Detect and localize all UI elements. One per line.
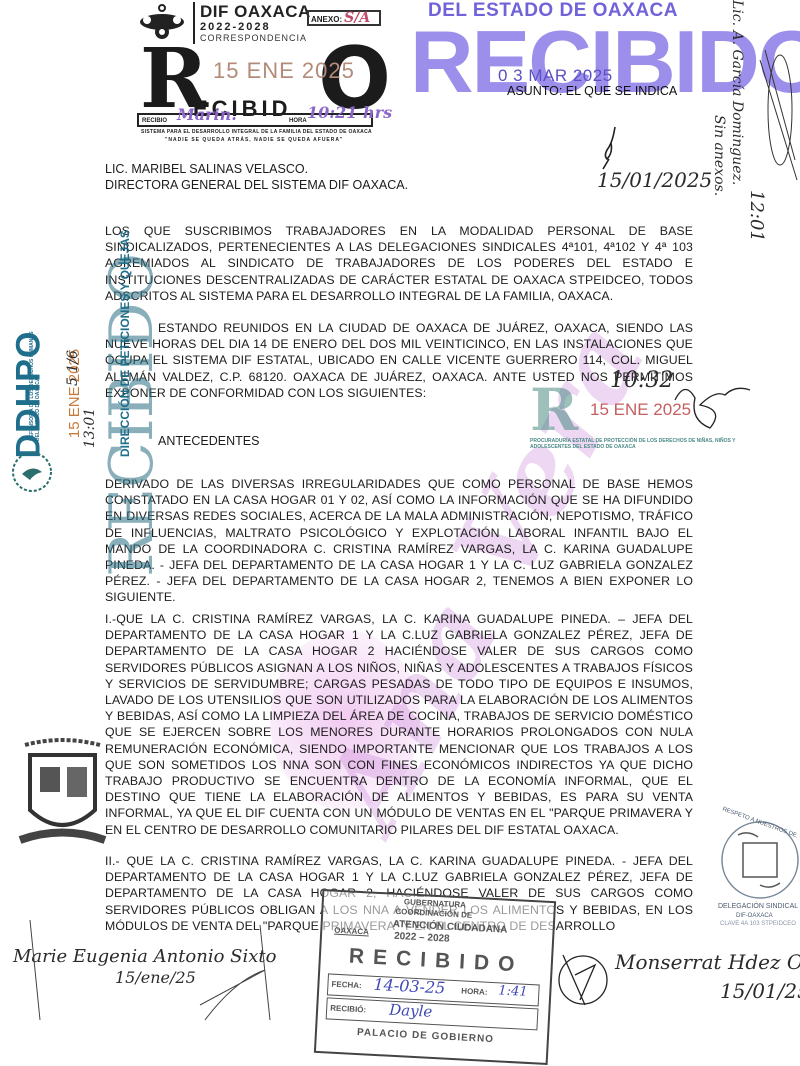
ddhpo-stamp: DDHPO DEFENSORÍA DE LOS DERECHOS HUMANOS… [0,300,120,500]
dif-footer: SISTEMA PARA EL DESARROLLO INTEGRAL DE L… [141,129,372,135]
anexo-box: ANEXO:S/A [307,10,381,26]
dif-correspondence-stamp: DIF OAXACA 2022-2028 CORRESPONDENCIA ANE… [135,0,375,145]
coat-of-arms-icon [15,735,110,855]
ddhpo-note: 5 1/6 [65,350,81,386]
initials-signature-icon [595,125,625,170]
intro-paragraph: LOS QUE SUSCRIBIMOS TRABAJADORES EN LA M… [105,223,693,304]
procuraduria-letter: R [530,376,578,444]
margin-note-time: 12:01 [746,190,767,242]
right-signature-loop-icon [555,945,615,1015]
ddhpo-time: 13:01 [82,408,98,448]
margin-note-line1: Lic. A. García Dominguez. [729,0,745,185]
gob-time-value: 1:41 [498,983,528,1000]
gubernatura-stamp: GUBERNATURA COORDINACIÓN DE ATENCIÓN CIU… [314,889,556,1065]
dif-slogan: "NADIE SE QUEDA ATRÁS, NADIE SE QUEDA AF… [165,137,343,143]
gob-time-label: HORA: [461,986,488,996]
section-title: ANTECEDENTES [158,434,259,448]
received-row: RECIBIO Marin. HORA 10:21 hrs [137,113,373,127]
ddhpo-org: DEFENSORÍA DE LOS DERECHOS HUMANOS DEL P… [29,331,41,441]
right-signature-date: 15/01/25 [720,979,800,1003]
gob-date-value: 14-03-25 [373,975,446,998]
sindical-delegation-stamp: RESPETO A NUESTROS DE. DELEGACIÓN SINDIC… [718,815,800,925]
background-paragraph: DERIVADO DE LAS DIVERSAS IRREGULARIDADES… [105,476,693,606]
procuraduria-signature-icon [670,370,755,440]
dif-dept: CORRESPONDENCIA [200,33,307,43]
addressee-name: LIC. MARIBEL SALINAS VELASCO. [105,161,408,177]
ddhpo-dept: DIRECCIÓN DE PETICIONES Y QUEJAS [118,337,132,457]
right-signature-name: Monserrat Hdez Ortz [615,950,800,974]
point-one-paragraph: I.-QUE LA C. CRISTINA RAMÍREZ VARGAS, LA… [105,611,693,838]
sindical-key: CLAVE 4A 103 STPEIDCEO [720,921,796,927]
left-signature-strokes-icon [5,920,275,1040]
sindical-org: DIF-OAXACA [736,913,773,919]
right-signature: Monserrat Hdez Ortz 15/01/25 [555,945,800,1025]
anexo-value: S/A [344,10,370,26]
addressee-handwritten-date: 15/01/2025 [597,168,712,192]
margin-note: Lic. A. García Dominguez. Sin anexos. 12… [705,0,800,250]
gob-date-label: FECHA: [331,980,362,991]
addressee-title: DIRECTORA GENERAL DEL SISTEMA DIF OAXACA… [105,177,408,193]
received-by-label: RECIBIO [142,118,167,124]
left-signature: Marie Eugenia Antonio Sixto 15/ene/25 [5,940,275,1040]
gob-state: OAXACA [334,926,369,937]
time-label: HORA [289,115,307,127]
gob-word: RECIBIDO [348,944,524,977]
addressee-block: LIC. MARIBEL SALINAS VELASCO. DIRECTORA … [105,161,408,193]
received-by-value: Marin. [177,109,237,121]
margin-signature-icon [755,40,800,190]
gob-received-label: RECIBIÓ: [330,1004,366,1015]
state-stamp-date: 0 3 MAR 2025 [498,66,613,86]
gob-footer: PALACIO DE GOBIERNO [357,1027,495,1045]
gob-period: 2022 – 2028 [394,931,450,945]
gob-received-value: Dayle [389,1001,433,1021]
sindical-name: DELEGACIÓN SINDICAL [718,903,798,910]
procuraduria-time: 10:32 [610,368,673,393]
dove-emblem-icon [10,450,55,495]
dif-org: DIF OAXACA [200,2,311,22]
state-received-stamp: RECIBIDO DEL ESTADO DE OAXACA 0 3 MAR 20… [410,0,710,120]
hands-emblem-icon [718,815,800,905]
procuraduria-stamp: R 10:32 15 ENE 2025 PROCURADURÍA ESTATAL… [530,370,745,460]
dif-period: 2022-2028 [200,21,271,33]
margin-note-line2: Sin anexos. [711,115,727,196]
dif-stamp-date: 15 ENE 2025 [213,58,355,84]
subject-line: ASUNTO: EL QUE SE INDICA [507,84,677,98]
state-stamp-heading: DEL ESTADO DE OAXACA [428,0,678,22]
anexo-label: ANEXO: [311,15,342,24]
time-value: 10:21 hrs [307,107,392,119]
